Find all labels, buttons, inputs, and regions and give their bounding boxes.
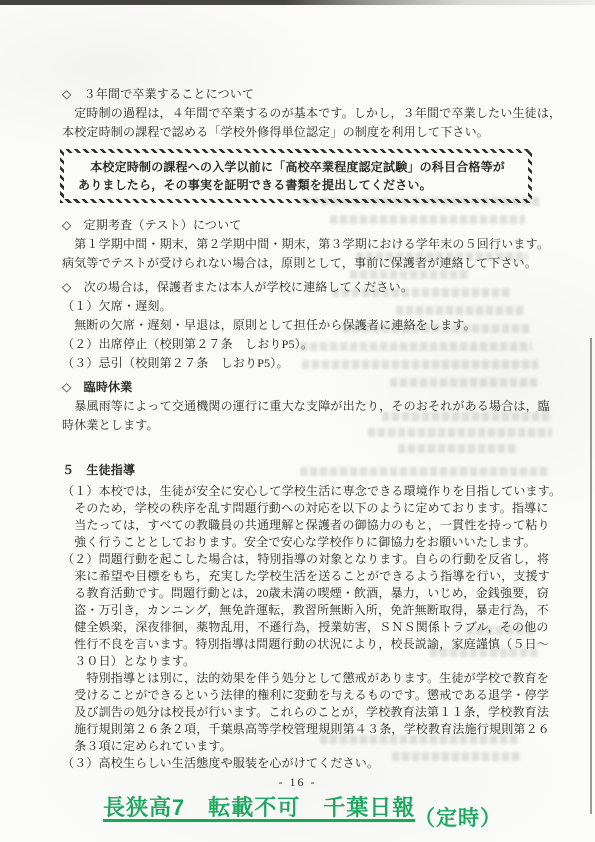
paragraph-line: ３０日）となります。 — [62, 653, 548, 670]
paragraph-line: 健全娯楽，深夜徘徊，薬物乱用，不遜行為，授業妨害，ＳＮＳ関係トラブル，その他の — [62, 619, 548, 636]
paragraph-line: 条３項に定められています。 — [62, 738, 548, 755]
paragraph-line: 病気等でテストが受けられない場合は，原則として，事前に保護者が連絡して下さい。 — [62, 254, 548, 273]
paragraph-line: 及び訓告の処分は校長が行います。これらのことが，学校教育法第１１条，学校教育法 — [62, 704, 548, 721]
section-closure: ◇ 臨時休業 暴風雨等によって交通機関の運行に重大な支障が出たり，そのおそれがあ… — [62, 378, 548, 435]
paragraph-line: る教育活動です。問題行動とは，20歳未満の喫煙・飲酒，暴力，いじめ，金銭強要，窃 — [62, 585, 548, 602]
paragraph-line: 定時制の過程は，４年間で卒業するのが基本です。しかし，３年間で卒業したい生徒は， — [62, 104, 548, 123]
stamp-suffix: （定時） — [414, 802, 502, 832]
section-guidance: （１）本校では，生徒が安全に安心して学校生活に専念できる環境作りを目指しています… — [62, 483, 548, 772]
scan-edge-top — [0, 0, 595, 5]
section-heading-contact: ◇ 次の場合は，保護者または本人が学校に連絡してください。 — [62, 278, 548, 297]
paragraph-line: 受けることができるという法律的権利に変動を与えるものです。懲戒である退学・停学 — [62, 687, 548, 704]
paragraph-line: 本校定時制の課程で認める「学校外修得単位認定」の制度を利用して下さい。 — [62, 123, 548, 142]
paragraph-line: 特別指導とは別に，法的効果を伴う処分として懲戒があります。生徒が学校で教育を — [62, 670, 548, 687]
notice-box-line: 本校定時制の課程への入学以前に「高校卒業程度認定試験」の科目合格等が — [78, 158, 514, 176]
paragraph-line: 性行不良を言います。特別指導は問題行動の状況により，校長説諭，家庭謹慎（５日～ — [62, 636, 548, 653]
paragraph-line: 無断の欠席・遅刻・早退は，原則として担任から保護者に連絡をします。 — [62, 316, 548, 335]
section-contact: ◇ 次の場合は，保護者または本人が学校に連絡してください。 （１）欠席・遅刻。 … — [62, 278, 548, 373]
copyright-stamp: 長狭高7 転載不可 千葉日報 — [103, 791, 415, 822]
paragraph-line: 暴風雨等によって交通機関の運行に重大な支障が出たり，そのおそれがある場合は，臨 — [62, 397, 548, 416]
document-page: ◇ ３年間で卒業することについて 定時制の過程は，４年間で卒業するのが基本です。… — [0, 0, 595, 842]
paragraph-line: 強く行うこととしております。安全で安心な学校作りに御協力をお願いいたします。 — [62, 534, 548, 551]
paragraph-line: そのため，学校の秩序を乱す問題行動への対応を以下のように定めております。指導に — [62, 500, 548, 517]
list-item: （１）欠席・遅刻。 — [62, 297, 548, 316]
section-heading-closure: ◇ 臨時休業 — [62, 378, 548, 397]
notice-box: 本校定時制の課程への入学以前に「高校卒業程度認定試験」の科目合格等が ありました… — [60, 149, 532, 203]
paragraph-line: （１）本校では，生徒が安全に安心して学校生活に専念できる環境作りを目指しています… — [62, 483, 548, 500]
document-body: ◇ ３年間で卒業することについて 定時制の過程は，４年間で卒業するのが基本です。… — [62, 85, 548, 772]
paragraph-line: 来に希望や目標をもち，充実した学校生活を送ることができるよう指導を行い，支援す — [62, 568, 548, 585]
list-item: （３）忌引（校則第２７条 しおりP5）。 — [62, 354, 548, 373]
paragraph-line: 盗・万引き，カンニング，無免許運転，教習所無断入所，免許無断取得，暴走行為，不 — [62, 602, 548, 619]
section-heading-guidance: ５ 生徒指導 — [62, 461, 548, 480]
paragraph-line: 時休業とします。 — [62, 416, 548, 435]
paragraph-line: 当たっては，すべての教職員の共通理解と保護者の御協力のもと，一貫性を持って粘り — [62, 517, 548, 534]
page-number: - 16 - — [0, 775, 595, 790]
paragraph-line: 第１学期中間・期末，第２学期中間・期末，第３学期における学年末の５回行います。 — [62, 235, 548, 254]
scan-edge-right — [590, 338, 592, 814]
paragraph-line: （３）高校生らしい生活態度や服装を心がけてください。 — [62, 755, 548, 772]
notice-box-line: ありましたら，その事実を証明できる書類を提出してください。 — [78, 176, 514, 194]
section-heading-exam: ◇ 定期考査（テスト）について — [62, 216, 548, 235]
paragraph-line: （２）問題行動を起こした場合は，特別指導の対象となります。自らの行動を反省し，将 — [62, 551, 548, 568]
paragraph-line: 施行規則第２６条２項，千葉県高等学校管理規則第４３条，学校教育法施行規則第２６ — [62, 721, 548, 738]
section-exam: ◇ 定期考査（テスト）について 第１学期中間・期末，第２学期中間・期末，第３学期… — [62, 216, 548, 273]
list-item: （２）出席停止（校則第２７条 しおりP5）。 — [62, 335, 548, 354]
section-heading-graduate3: ◇ ３年間で卒業することについて — [62, 85, 548, 104]
